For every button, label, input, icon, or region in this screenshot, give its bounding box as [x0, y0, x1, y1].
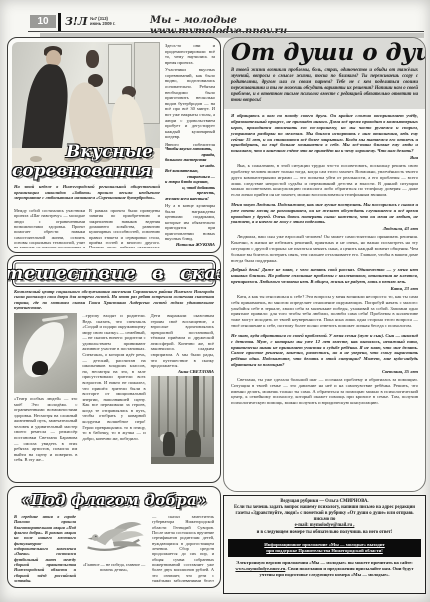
- fairy-columns: «Театр особых людей» — это моё! Это моло…: [14, 313, 214, 477]
- banner-line-1: Информационное приложение «Мы — молодые»…: [264, 542, 384, 547]
- tree-trunks: [151, 376, 214, 438]
- tasty-poem: Чтобы вкусно готовить, правда, большого …: [165, 146, 215, 201]
- issue-info: №7 (313) июнь 2009 г.: [90, 16, 115, 27]
- fairytale-photo: [14, 313, 77, 393]
- tasty-right-column: Здесь-то они и продемонстрировали всё то…: [165, 43, 215, 247]
- cat-shape: [32, 361, 48, 375]
- article-flag-of-good: «Под флагом добра» В середине июня в гор…: [7, 486, 221, 588]
- forest-ground: [151, 457, 214, 464]
- hiker-figure: [185, 430, 201, 458]
- tasty-column-2: В рамках проекта были проведены занятия …: [89, 208, 160, 248]
- tasty-headline-line2: соревнования: [12, 161, 152, 181]
- footer-instructions: Если ты хочешь задать вопрос нашему псих…: [224, 505, 425, 523]
- editorial-footer-box: Ведущая рубрики — Ольга СМИРНОВА. Если т…: [223, 495, 426, 594]
- issue-date: июнь 2009 г.: [90, 21, 115, 26]
- fairy-headline: Путешествие в сказку: [7, 263, 221, 284]
- flag-headline: «Под флагом добра»: [8, 492, 220, 509]
- poem-line: и жюри блюдо оценит,: [165, 179, 215, 184]
- header-divider: [58, 13, 61, 31]
- forest-photo: [151, 376, 214, 464]
- fairy-text-2: ...труппу входят и родители. Ведь сказат…: [82, 313, 145, 441]
- masthead-title: Мы – молодые: [150, 15, 237, 26]
- tasty-headline-line1: Вкусные: [66, 142, 153, 162]
- soul-intro: В твоей жизни возникли проблемы, боль, с…: [231, 68, 418, 104]
- hiker-figure: [163, 432, 175, 456]
- soul-header-band: От души о душе! В твоей жизни возникли п…: [224, 38, 425, 109]
- plane-streak: [42, 315, 68, 322]
- letter-signature: Людмила, 43 лет: [231, 226, 418, 231]
- footer-online-version: Электронную версию приложения «Мы — моло…: [224, 560, 425, 578]
- tasty-columns: Между собой состязались участники проект…: [14, 208, 160, 248]
- dove-caption: «Главное — не победа, главное — помочь д…: [81, 562, 147, 572]
- letter-signature: Светлана, 35 лет: [231, 369, 418, 374]
- psychologist-reply: Людмила, ваш сын уже взрослый человек! О…: [231, 234, 418, 263]
- tasty-paragraph: Здесь-то они и продемонстрировали всё то…: [165, 43, 215, 65]
- flag-columns: В середине июня в городе Павлово прошла …: [14, 514, 214, 582]
- footer-black-banner: Информационное приложение «Мы — молодые»…: [228, 539, 421, 557]
- reader-letter: Меня зовут Людмила. Подскажите, как мне …: [231, 202, 418, 225]
- footer-online-text: Электронную версию приложения «Мы — моло…: [236, 560, 413, 565]
- reader-letter: Добрый день! Даже не знаю, с чего начать…: [231, 267, 418, 284]
- reader-letter: Я обращаюсь к вам по поводу своего друга…: [231, 113, 418, 154]
- fairy-intro: Комплексный центр социального обслуживан…: [14, 289, 214, 311]
- fairy-headline-band: Путешествие в сказку: [12, 260, 216, 287]
- fairy-column-3: Дети выражали сказочным героям своё восх…: [151, 313, 214, 477]
- psychologist-reply: Светлана, ты уже сделала большой шаг — о…: [231, 377, 418, 406]
- fairy-text-3: Дети выражали сказочным героям своё восх…: [151, 313, 214, 369]
- person-background: [86, 50, 99, 68]
- poem-line: и, чтоб добавить прелесть,: [165, 185, 215, 196]
- newspaper-logo: З!Л: [65, 15, 88, 28]
- fairy-signature: Анна СВЕТЛОВА: [151, 369, 214, 374]
- letter-signature: Катя, 23 лет: [231, 286, 418, 291]
- article-soul-column: От души о душе! В твоей жизни возникли п…: [223, 37, 426, 492]
- newspaper-page: 10 З!Л №7 (313) июнь 2009 г. Мы – молоды…: [0, 0, 430, 602]
- flag-column-3: — сказал заместитель губернатора Нижегор…: [152, 514, 214, 582]
- tree-trunk: [193, 376, 199, 436]
- article-fairy-tale: Путешествие в сказку Комплексный центр с…: [7, 255, 221, 483]
- soul-headline: От души о душе!: [231, 41, 418, 65]
- tasty-signature: Наталья ЖУКОВА: [165, 242, 215, 247]
- letter-signature: Яна: [231, 155, 418, 160]
- footer-site-link[interactable]: www.mymolodye.nnov.ru: [235, 566, 285, 571]
- page-number: 10: [30, 15, 56, 28]
- article-tasty-competition: Вкусные соревнования На этой неделе в Ни…: [7, 37, 221, 253]
- fairy-text-1: «Театр особых людей» — это моё! Это моло…: [14, 396, 77, 463]
- reader-letter: Не знаю, куда обратиться со своей пробле…: [231, 333, 418, 368]
- tasty-intro: На этой неделе в Нижегородской региональ…: [14, 184, 160, 201]
- header-rule: [28, 31, 424, 32]
- soul-letters: Я обращаюсь к вам по поводу своего друга…: [224, 109, 425, 477]
- flag-column-2: «Главное — не победа, главное — помочь д…: [81, 514, 147, 582]
- fairy-column-2: ...труппу входят и родители. Ведь сказат…: [82, 313, 145, 477]
- flag-column-1: В середине июня в городе Павлово прошла …: [14, 514, 76, 582]
- fairy-column-1: «Театр особых людей» — это моё! Это моло…: [14, 313, 77, 477]
- psychologist-reply: Катя, а как ты относишься к себе? Эти во…: [231, 294, 418, 329]
- tasty-column-1: Между собой состязались участники проект…: [14, 208, 85, 248]
- poem-line: желаем всем наесться!: [165, 196, 215, 201]
- email-link[interactable]: e-mail: mymolodye@mail.ru ,: [295, 523, 355, 528]
- tasty-paragraph: Участники вкусных соревнований, как было…: [165, 67, 215, 140]
- banner-line-2: при поддержке Правительства Нижегородско…: [266, 548, 383, 553]
- dove-illustration: [81, 514, 147, 560]
- psychologist-reply: Яна, к сожалению, в этой ситуации трудно…: [231, 163, 418, 198]
- tasty-outro: Ну а в конце кулинары были награждены це…: [165, 203, 215, 242]
- footer-promise: и в следующем номере ты обязательно полу…: [224, 530, 425, 536]
